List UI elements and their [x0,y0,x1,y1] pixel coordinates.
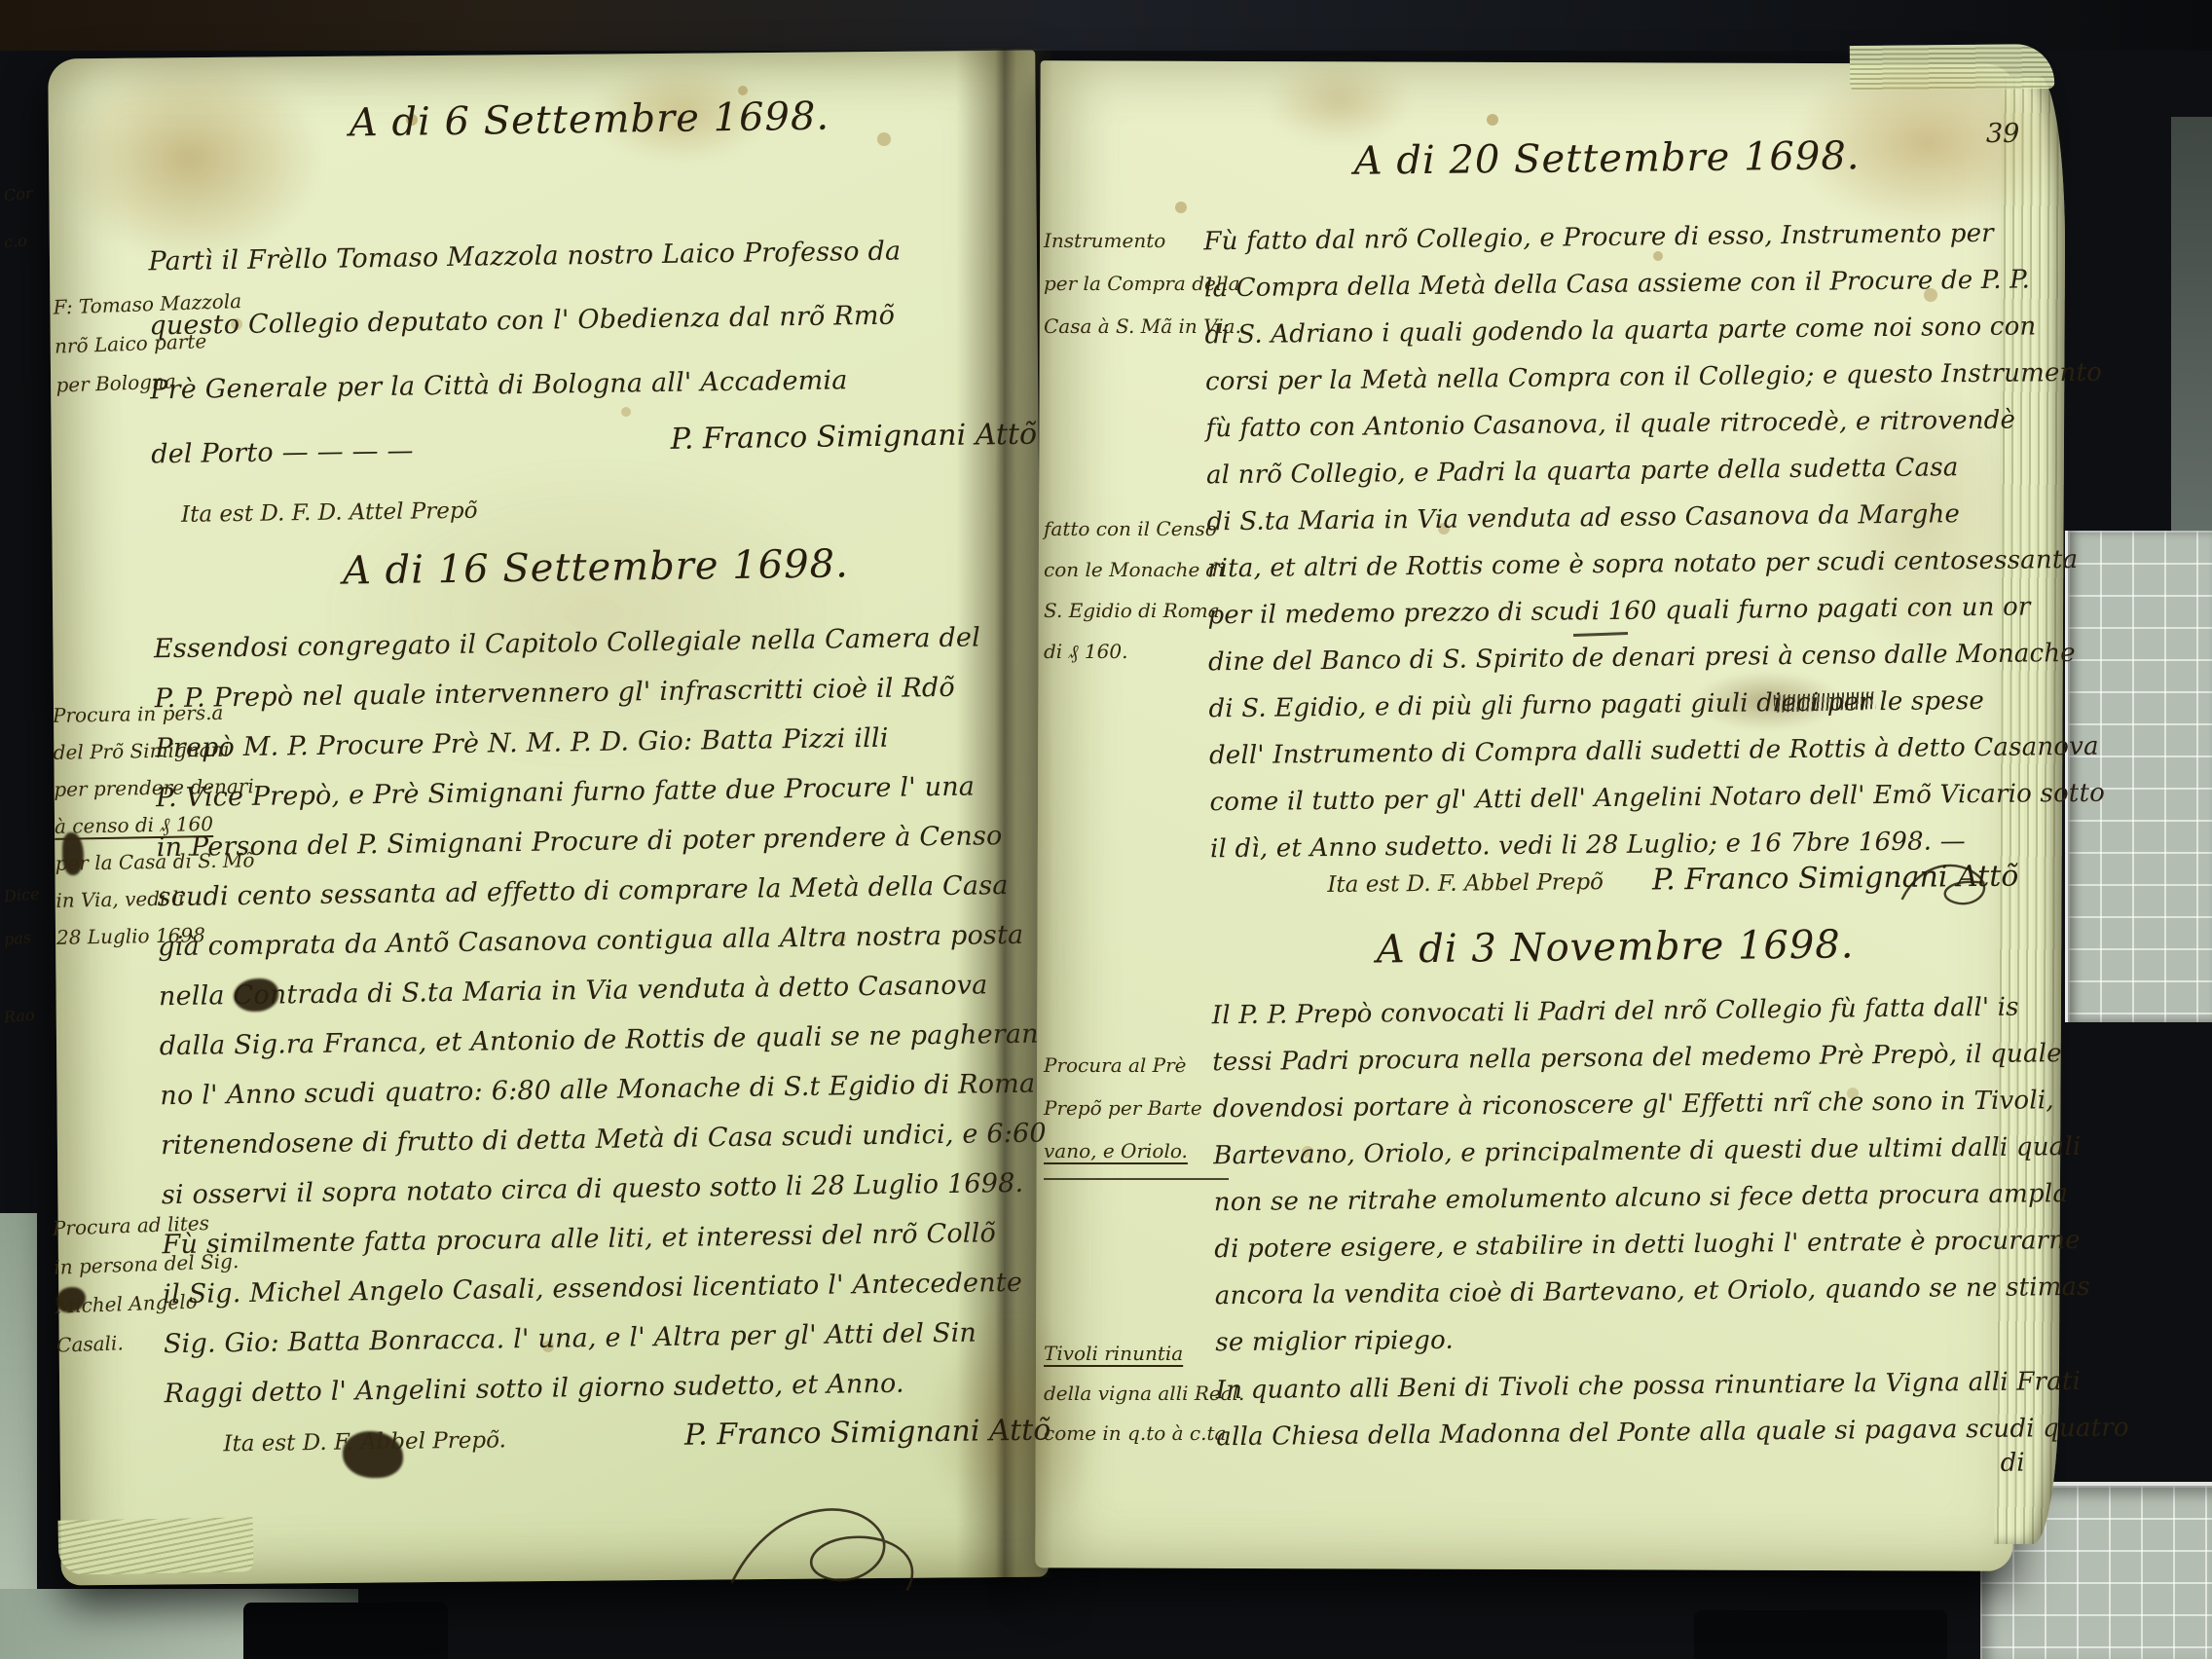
manuscript-text-line: Dice [3,882,57,908]
manuscript-text-line: dine del Banco di S. Spirito de denari p… [1208,631,2016,686]
manuscript-text-line: Prepõ per Barte [1044,1087,1229,1129]
manuscript-text-line: non se ne ritrahe emolumento alcuno si f… [1214,1171,2022,1227]
manuscript-text-line: come il tutto per gl' Atti dell' Angelin… [1209,771,2017,827]
manuscript-text-line: al nrõ Collegio, e Padri la quarta parte… [1206,444,2014,499]
notarial-flourish-icon [711,1483,946,1612]
left-fold-text-fragments: Corc.oDicepasRao [4,0,56,1026]
manuscript-text-line: di potere esigere, e stabilire in detti … [1214,1218,2022,1273]
manuscript-text-line: Rao [3,1003,57,1029]
notarial-flourish-icon [1892,850,2009,919]
manuscript-text-line: vano, e Oriolo. [1044,1129,1229,1172]
entry-paragraph: Essendosi congregato il Capitolo Collegi… [154,612,1051,1419]
manuscript-text-line: ancora la vendita cioè di Bartevano, et … [1215,1265,2023,1320]
attestation-line: Ita est D. F. Abbel Prepõ [1327,869,1604,898]
notary-signature: P. Franco Simignani Attõ [632,1414,1051,1454]
manuscript-text-line: di S. Adriano i quali godendo la quarta … [1204,304,2012,359]
manuscript-photo: 39 Corc.oDicepasRao F: Tomaso Mazzolanrõ… [0,0,2212,1659]
manuscript-text-line: fù fatto con Antonio Casanova, il quale … [1205,397,2013,453]
manuscript-text-line: rita, et altri de Rottis come è sopra no… [1207,537,2015,593]
entry-paragraph: In quanto alli Beni di Tivoli che possa … [1216,1359,2025,1461]
manuscript-text-line: di S. Egidio, e di più gli furno pagati … [1208,678,2016,733]
entry-paragraph: Il P. P. Prepò convocati li Padri del nr… [1212,984,2024,1367]
entry-date-heading: A di 20 Settembre 1698. [1202,132,2010,186]
attestation-line: Ita est D. F. D. Attel Prepõ [181,498,478,528]
table-background-top [0,0,2212,51]
entry-date-heading: A di 3 Novembre 1698. [1211,921,2019,975]
manuscript-text-line: di S.ta Maria in Via venduta ad esso Cas… [1206,491,2014,546]
page-number: 39 [1986,119,2019,149]
notary-signature: P. Franco Simignani Attõ [657,418,1037,457]
manuscript-text-line: c.o [3,228,57,254]
catchword: di [2001,1449,2025,1478]
book-stand-leg [243,1603,448,1659]
manuscript-text-line: tessi Padri procura nella persona del me… [1212,1031,2020,1087]
manuscript-text-line: alla Chiesa della Madonna del Ponte alla… [1216,1406,2024,1461]
manuscript-text-line: Fù fatto dal nrõ Collegio, e Procure di … [1203,210,2011,266]
manuscript-text-line: corsi per la Metà nella Compra con il Co… [1205,350,2013,406]
entry-paragraph: Fù fatto dal nrõ Collegio, e Procure di … [1203,210,2018,873]
book-stand-leg [1694,1610,1947,1659]
margin-note: Procura al PrèPrepõ per Bartevano, e Ori… [1044,1044,1229,1180]
manuscript-text-line: Cor [3,181,57,207]
manuscript-text-line: pas [3,925,57,951]
manuscript-text-line: la Compra della Metà della Casa assieme … [1204,257,2012,313]
grey-backdrop-sliver [2171,117,2212,535]
manuscript-text-line: Procura al Prè [1044,1044,1229,1087]
calibration-grid-panel [2065,531,2212,1022]
manuscript-text-line: dell' Instrumento di Compra dalli sudett… [1209,724,2017,780]
manuscript-text-line: Bartevano, Oriolo, e principalmente di q… [1213,1124,2021,1180]
manuscript-text-line: dovendosi portare à riconoscere gl' Effe… [1213,1078,2021,1133]
page-stack-bottom-corner [58,1517,254,1574]
manuscript-text-line: In quanto alli Beni di Tivoli che possa … [1216,1359,2024,1415]
manuscript-text-line: Partì il Frèllo Tomaso Mazzola nostro La… [148,218,1035,295]
paper-stain [1266,58,1412,146]
manuscript-text-line: se miglior ripiego. [1215,1311,2023,1367]
manuscript-text-line: per il medemo prezzo di scudi 160 quali … [1207,584,2015,640]
manuscript-text-line: Prè Generale per la Città di Bologna all… [150,347,1037,424]
attestation-line: Ita est D. F. Abbel Prepõ. [223,1427,506,1456]
manuscript-text-line: Il P. P. Prepò convocati li Padri del nr… [1212,984,2020,1040]
